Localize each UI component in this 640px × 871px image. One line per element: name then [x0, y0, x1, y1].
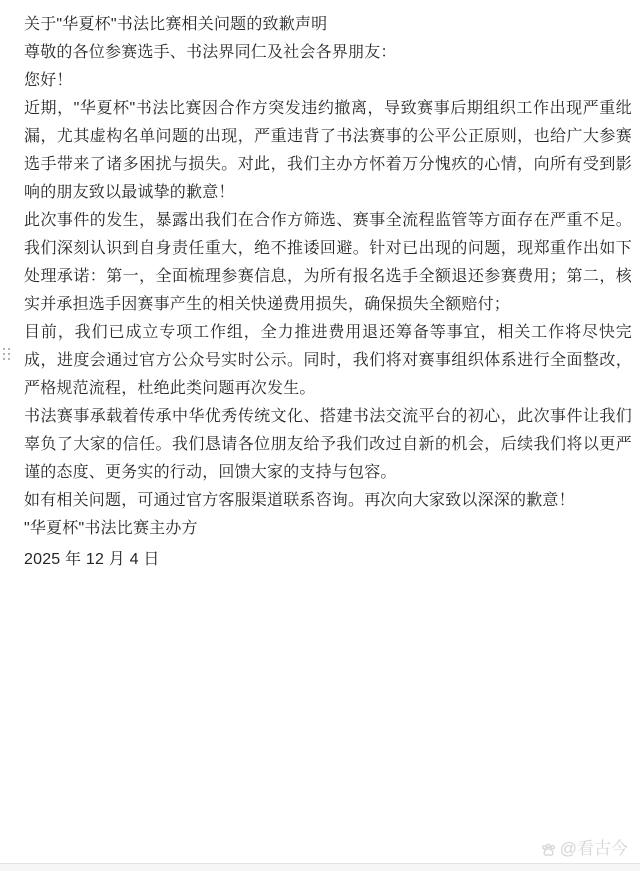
salutation-line: 尊敬的各位参赛选手、书法界同仁及社会各界朋友： — [24, 39, 632, 67]
watermark: @看古今 — [539, 839, 628, 859]
paragraph-drag-handle-icon — [3, 348, 10, 360]
body-paragraph: 此次事件的发生，暴露出我们在合作方筛选、赛事全流程监管等方面存在严重不足。我们深… — [24, 207, 632, 319]
paw-icon — [539, 840, 558, 859]
signature-line: "华夏杯"书法比赛主办方 — [24, 515, 632, 543]
body-paragraphs: 近期，"华夏杯"书法比赛因合作方突发违约撤离，导致赛事后期组织工作出现严重纰漏，… — [24, 95, 632, 515]
body-paragraph: 近期，"华夏杯"书法比赛因合作方突发违约撤离，导致赛事后期组织工作出现严重纰漏，… — [24, 95, 632, 207]
body-paragraph: 目前，我们已成立专项工作组，全力推进费用退还筹备等事宜，相关工作将尽快完成，进度… — [24, 319, 632, 403]
body-paragraph: 书法赛事承载着传承中华优秀传统文化、搭建书法交流平台的初心，此次事件让我们辜负了… — [24, 403, 632, 487]
apology-article-page: 关于"华夏杯"书法比赛相关问题的致歉声明 尊敬的各位参赛选手、书法界同仁及社会各… — [0, 0, 640, 871]
greeting-line: 您好！ — [24, 67, 632, 95]
date-line: 2025 年 12 月 4 日 — [24, 546, 632, 574]
body-paragraph: 如有相关问题，可通过官方客服渠道联系咨询。再次向大家致以深深的歉意！ — [24, 487, 632, 515]
watermark-handle: @看古今 — [560, 839, 628, 859]
page-title: 关于"华夏杯"书法比赛相关问题的致歉声明 — [24, 11, 632, 39]
footer-divider — [0, 863, 640, 871]
